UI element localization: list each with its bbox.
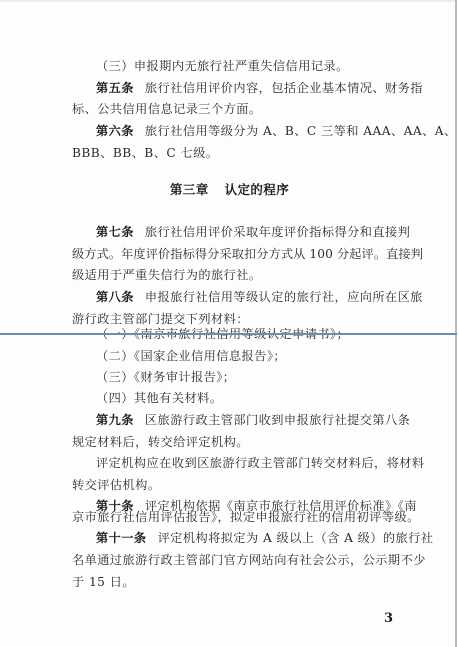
material-item-4: （四）其他有关材料。 bbox=[96, 390, 416, 406]
article-label: 第六条 bbox=[96, 124, 134, 138]
article-9: 第九条区旅游行政主管部门收到申报旅行社提交第八条 bbox=[72, 412, 392, 428]
article-text: 旅行社信用评价内容，包括企业基本情况、财务指 bbox=[145, 81, 423, 95]
article-6: 第六条旅行社信用等级分为 A、B、C 三等和 AAA、AA、A、 bbox=[72, 123, 392, 139]
article-5: 第五条旅行社信用评价内容，包括企业基本情况、财务指 bbox=[72, 80, 392, 96]
article-8: 第八条申报旅行社信用等级认定的旅行社，应向所在区旅 bbox=[72, 289, 392, 305]
article-label: 第七条 bbox=[96, 225, 134, 239]
chapter-number: 第三章 bbox=[170, 182, 209, 197]
article-text: 申报旅行社信用等级认定的旅行社，应向所在区旅 bbox=[145, 290, 423, 304]
article-label: 第五条 bbox=[96, 81, 134, 95]
article-9-para-2-cont: 转交评估机构。 bbox=[72, 477, 392, 493]
article-label: 第八条 bbox=[96, 290, 134, 304]
article-9-para-2: 评定机构应在收到区旅游行政主管部门转交材料后，将材料 bbox=[72, 455, 392, 471]
material-item-3: （三）《财务审计报告》； bbox=[96, 369, 416, 385]
article-9-cont: 规定材料后，转交给评定机构。 bbox=[72, 434, 392, 450]
article-8-cont: 游行政主管部门提交下列材料： bbox=[72, 311, 392, 327]
article-7-cont-2: 级适用于严重失信行为的旅行社。 bbox=[72, 267, 392, 283]
article-text: 旅行社信用评价采取年度评价指标得分和直接判 bbox=[145, 225, 410, 239]
scan-divider-line bbox=[0, 333, 457, 335]
chapter-title: 认定的程序 bbox=[225, 182, 290, 197]
article-label: 第九条 bbox=[96, 413, 134, 427]
chapter-heading: 第三章认定的程序 bbox=[0, 180, 459, 198]
article-11: 第十一条评定机构将拟定为 A 级以上（含 A 级）的旅行社 bbox=[72, 530, 392, 546]
article-7-cont-1: 级方式。年度评价指标得分采取扣分方式从 100 分起评。直接判 bbox=[72, 246, 392, 262]
page-top-edge bbox=[0, 0, 455, 2]
article-7: 第七条旅行社信用评价采取年度评价指标得分和直接判 bbox=[72, 224, 392, 240]
document-page: （三）申报期内无旅行社严重失信信用记录。 第五条旅行社信用评价内容，包括企业基本… bbox=[0, 0, 457, 647]
page-number: 3 bbox=[384, 611, 393, 626]
condition-item-3: （三）申报期内无旅行社严重失信信用记录。 bbox=[96, 58, 416, 74]
article-11-cont-2: 于 15 日。 bbox=[72, 574, 392, 590]
article-label: 第十一条 bbox=[96, 531, 147, 545]
article-text: 评定机构将拟定为 A 级以上（含 A 级）的旅行社 bbox=[158, 531, 434, 545]
material-item-2: （二）《国家企业信用信息报告》； bbox=[96, 348, 416, 364]
article-6-cont: BBB、BB、B、C 七级。 bbox=[72, 145, 392, 161]
article-5-cont: 标、公共信用信息记录三个方面。 bbox=[72, 101, 392, 117]
article-11-cont-1: 名单通过旅游行政主管部门官方网站向有社会公示，公示期不少 bbox=[72, 552, 392, 568]
article-text: 区旅游行政主管部门收到申报旅行社提交第八条 bbox=[145, 413, 410, 427]
article-text: 旅行社信用等级分为 A、B、C 三等和 AAA、AA、A、 bbox=[145, 124, 457, 138]
article-10-cont: 京市旅行社信用评估报告》，拟定申报旅行社的信用初评等级。 bbox=[72, 509, 392, 525]
